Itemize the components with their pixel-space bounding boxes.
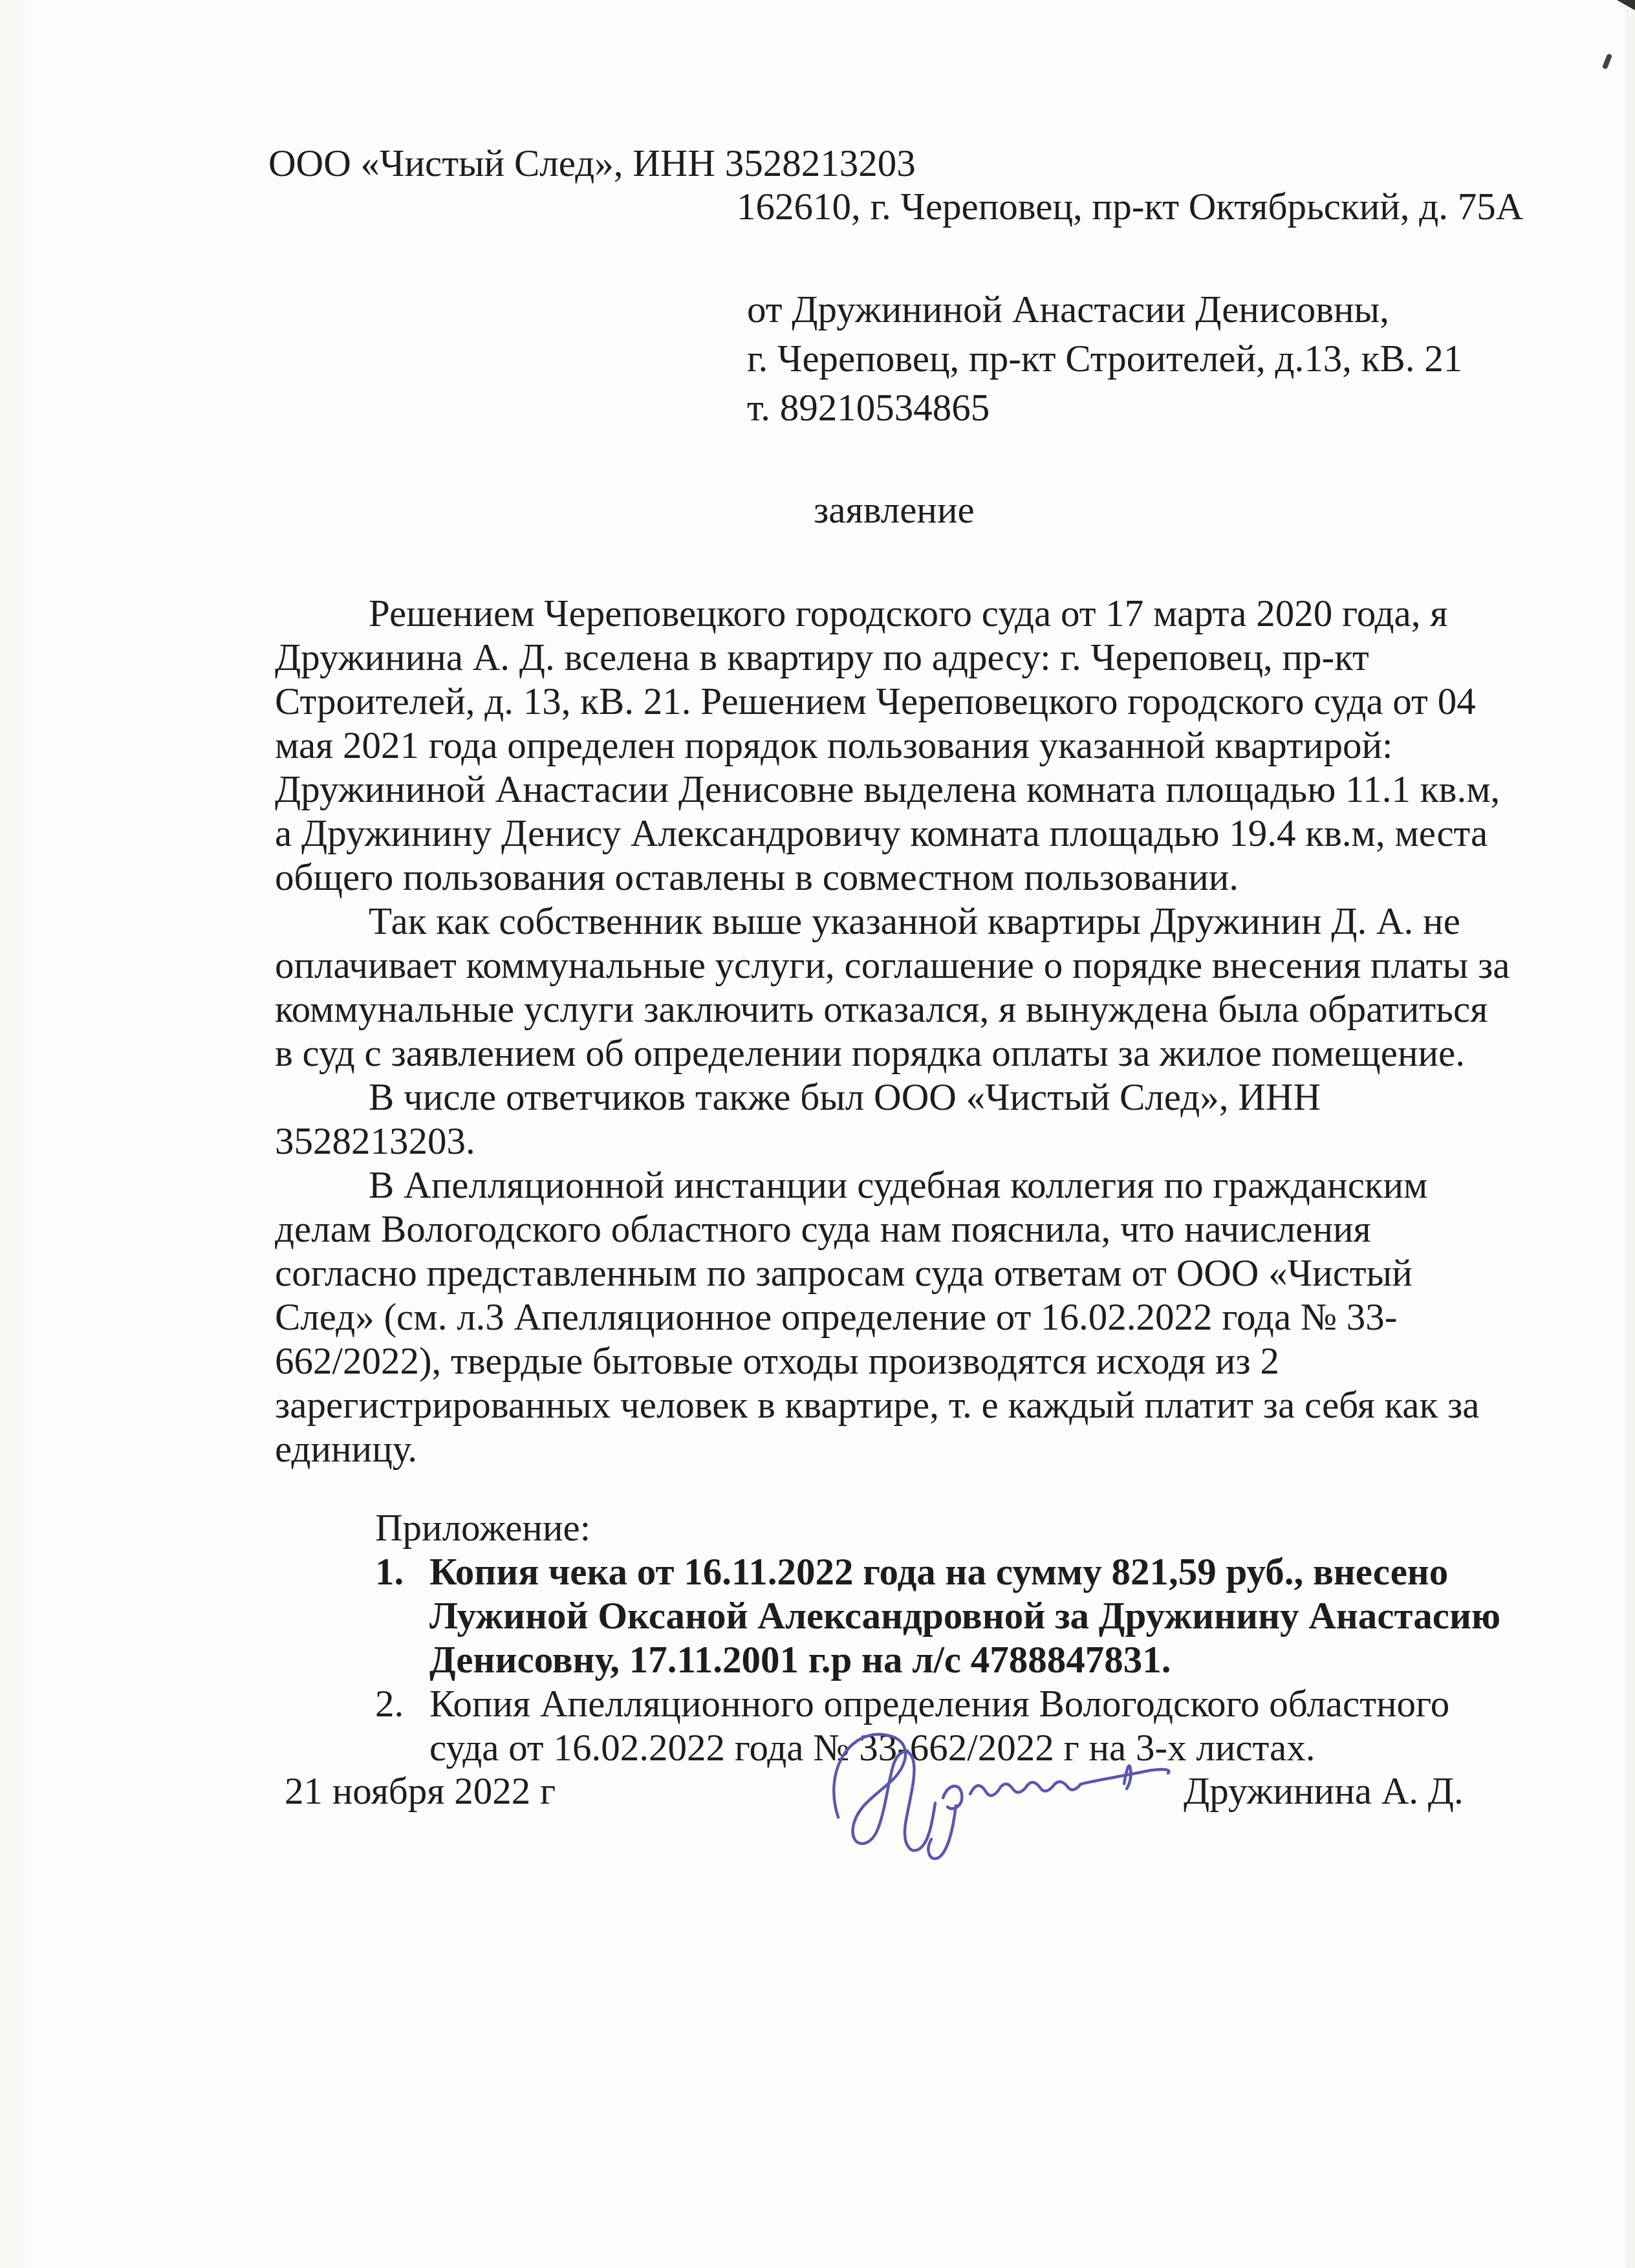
paragraph: Решением Череповецкого городского суда о… [275, 591, 1511, 899]
signature-stroke [970, 1769, 1169, 1796]
recipient-org-address: 162610, г. Череповец, пр-кт Октябрьский,… [737, 185, 1523, 229]
paragraph: В Апелляционной инстанции судебная колле… [275, 1163, 1511, 1471]
handwritten-signature [820, 1722, 1190, 1865]
attachment-item: 1.Копия чека от 16.11.2022 года на сумму… [275, 1550, 1511, 1681]
paragraph: Так как собственник выше указанной кварт… [275, 899, 1511, 1075]
signature-stroke [834, 1734, 935, 1851]
signature-scribble [820, 1722, 1190, 1865]
applicant-phone-line: т. 89210534865 [747, 383, 1462, 432]
attachment-number: 2. [375, 1681, 404, 1725]
scan-corner-artifact [1617, 0, 1635, 10]
attachment-text: Копия чека от 16.11.2022 года на сумму 8… [429, 1550, 1500, 1681]
signature-stroke [929, 1786, 962, 1859]
applicant-address-line: г. Череповец, пр-кт Строителей, д.13, кВ… [747, 334, 1462, 383]
document-date: 21 ноября 2022 г [285, 1769, 556, 1813]
document-title: заявление [814, 488, 975, 532]
scanned-application-page: ООО «Чистый След», ИНН 3528213203 162610… [0, 0, 1635, 2268]
paragraphs-container: Решением Череповецкого городского суда о… [275, 591, 1511, 1471]
attachment-number: 1. [375, 1550, 404, 1593]
recipient-org: ООО «Чистый След», ИНН 3528213203 [268, 142, 916, 186]
applicant-from-line: от Дружининой Анастасии Денисовны, [747, 285, 1462, 334]
signer-name: Дружинина А. Д. [1184, 1769, 1464, 1813]
paragraph: В числе ответчиков также был ООО «Чистый… [275, 1075, 1511, 1163]
attachments-label: Приложение: [375, 1506, 1511, 1550]
document-body: Решением Череповецкого городского суда о… [275, 591, 1511, 1769]
signature-stroke [1124, 1766, 1131, 1789]
scan-edge-artifact [1627, 0, 1629, 2268]
applicant-block: от Дружининой Анастасии Денисовны, г. Че… [747, 285, 1462, 432]
scan-speck-artifact [1602, 53, 1612, 69]
